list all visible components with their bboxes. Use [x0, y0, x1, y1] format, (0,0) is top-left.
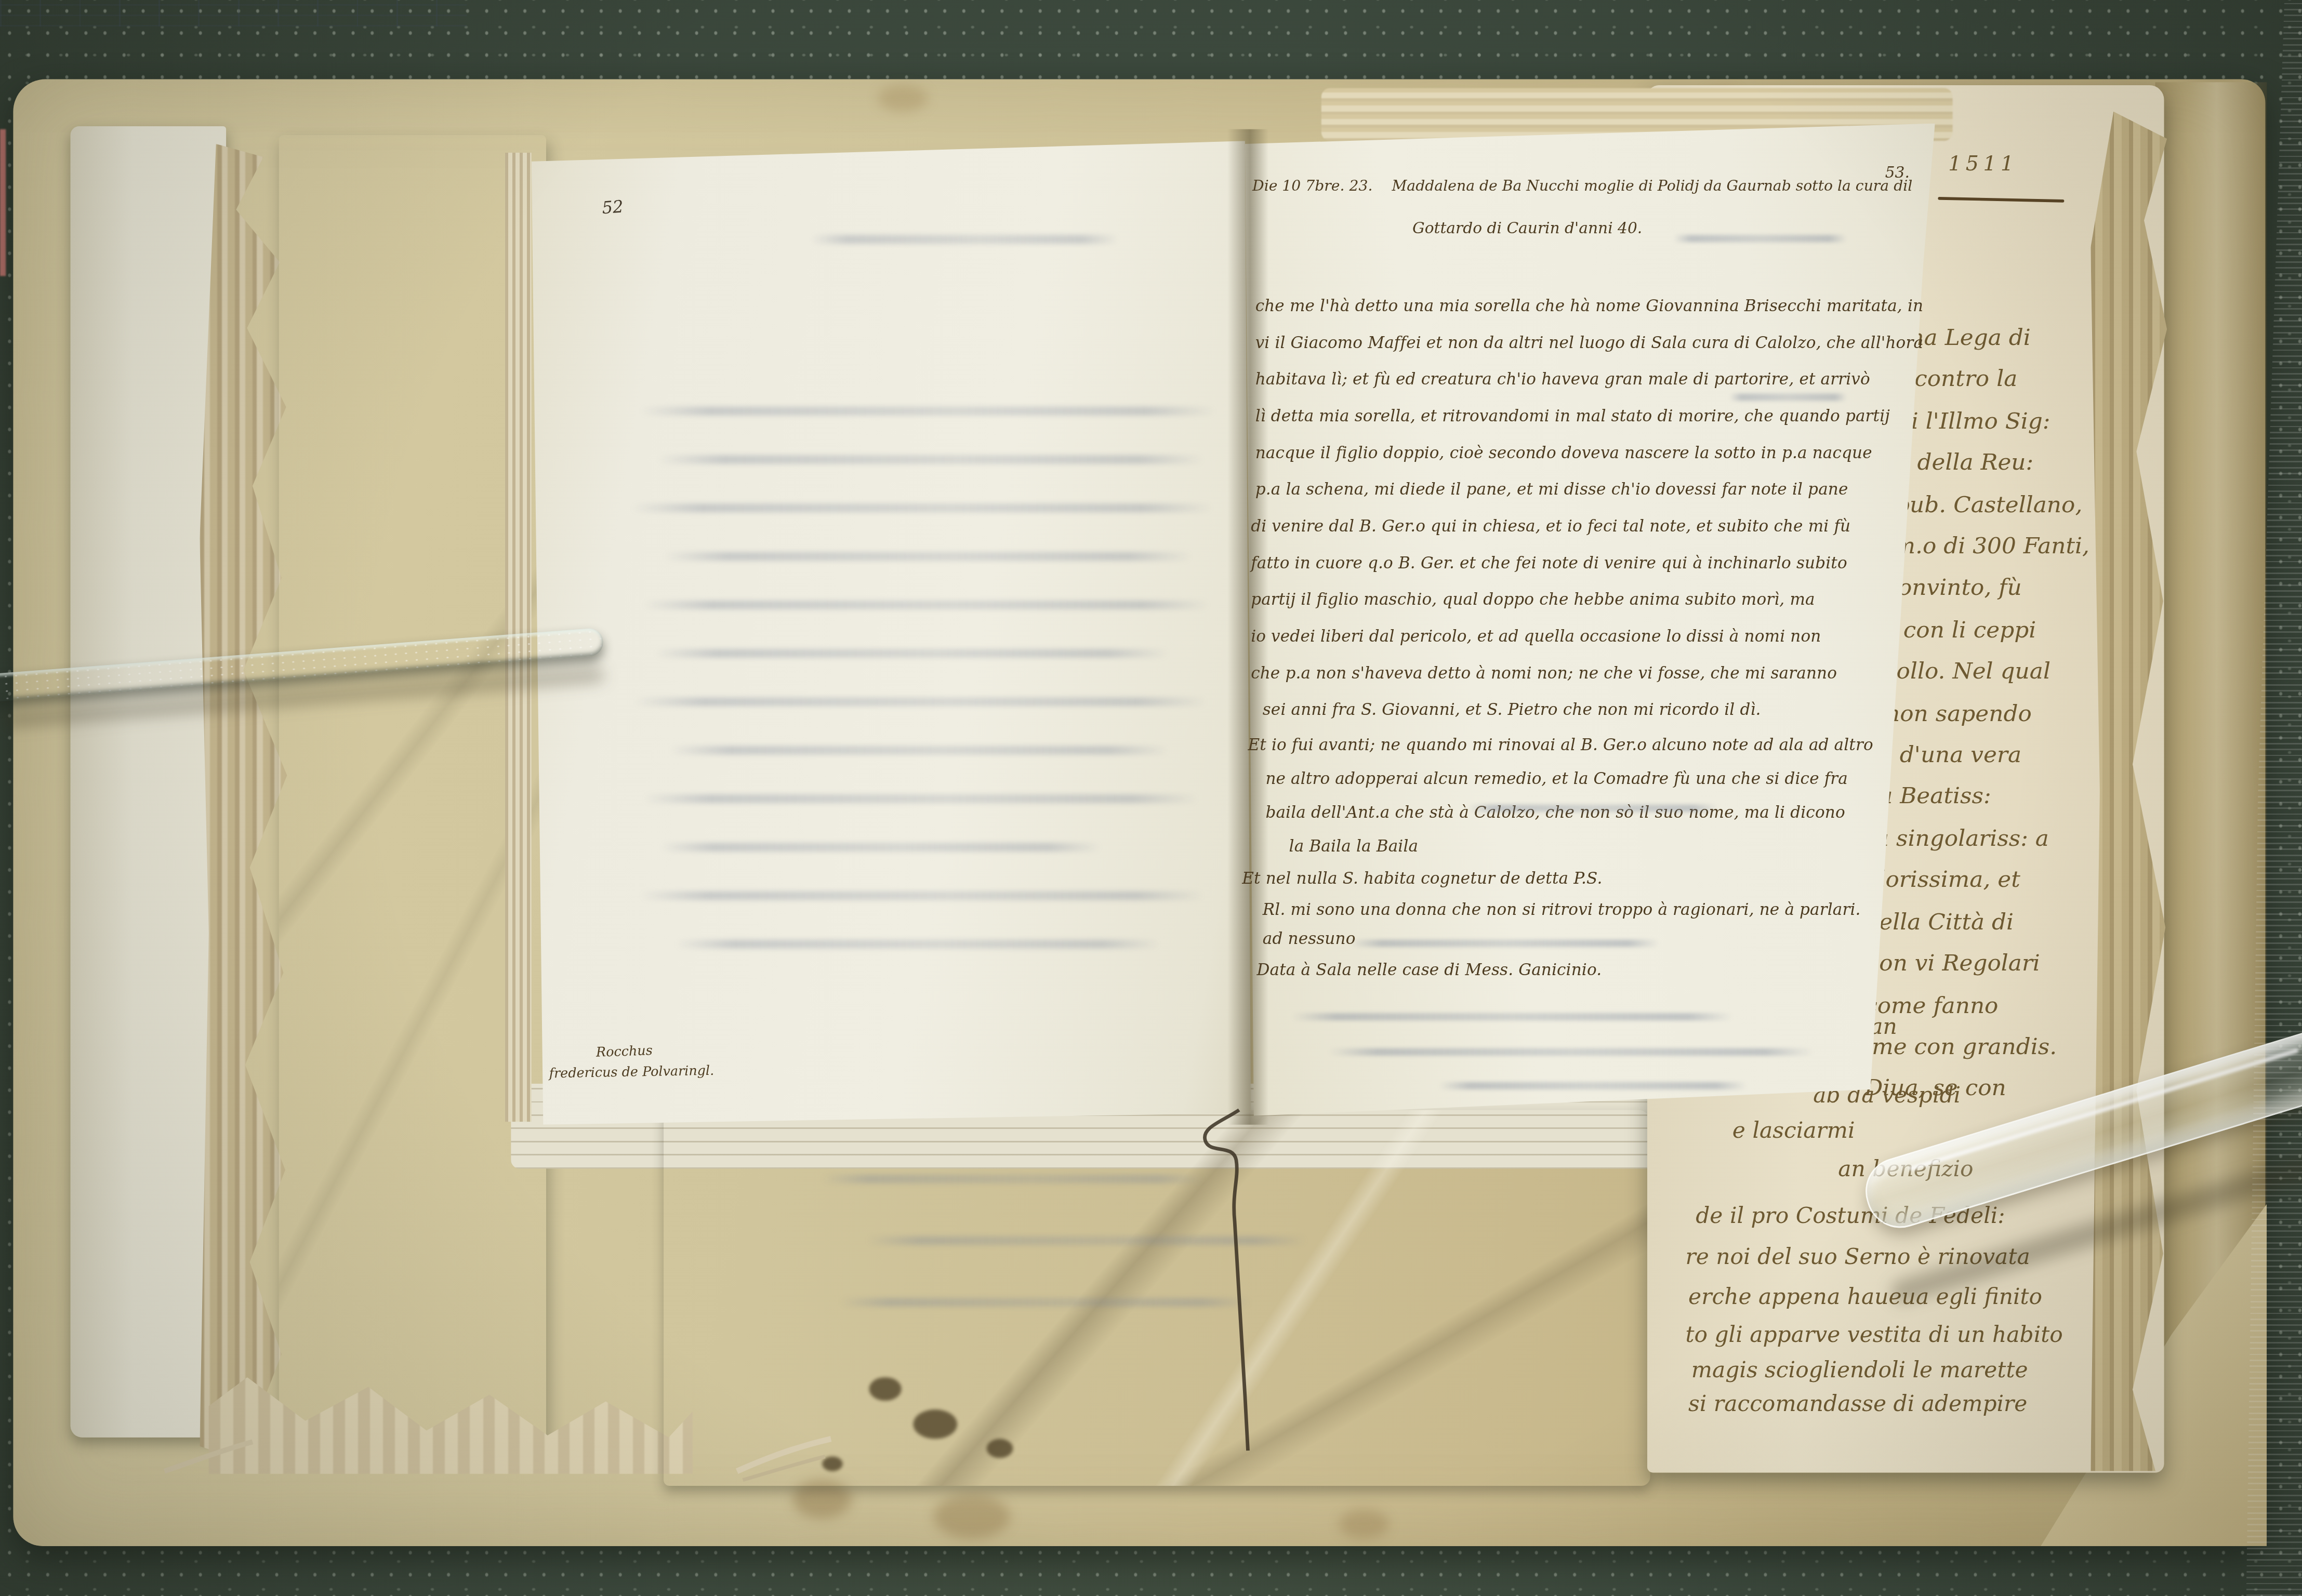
- page-53-paragraph-3: Et io fui avanti; ne quando mi rinovai a…: [1248, 728, 1873, 863]
- manuscript-line: sei anni fra S. Giovanni, et S. Pietro c…: [1263, 691, 1850, 728]
- manuscript-line: partij il figlio maschio, qual doppo che…: [1251, 581, 1850, 618]
- pink-edge-sliver: [0, 129, 6, 276]
- archival-photo-stage: 1511 issima Lega di ppa contro la dotti …: [0, 0, 2302, 1596]
- manuscript-line: o convinto, fù: [1864, 567, 2149, 609]
- showthrough-line: [664, 552, 1192, 561]
- manuscript-line: lì detta mia sorella, et ritrovandomi in…: [1255, 398, 1924, 435]
- showthrough-line: [631, 503, 1213, 512]
- showthrough-line: [1351, 940, 1659, 947]
- manuscript-line: e lasciarmi: [1732, 1118, 1855, 1144]
- manuscript-line: vi il Giacomo Maffei et non da altri nel…: [1255, 325, 1924, 362]
- manuscript-line: nella Città di: [1864, 901, 2149, 942]
- showthrough-line: [1674, 235, 1847, 242]
- manuscript-line: lla Beatiss:: [1864, 776, 2149, 818]
- manuscript-line: re, con li ceppi: [1864, 609, 2149, 650]
- manuscript-line: che me l'hà detto una mia sorella che hà…: [1255, 288, 1924, 325]
- manuscript-line: io vedei liberi dal pericolo, et ad quel…: [1251, 618, 1850, 655]
- header-date: Die 10 7bre. 23.: [1252, 179, 1373, 195]
- ink-blotch: [869, 1377, 902, 1401]
- signature-line: Rocchus: [596, 1044, 653, 1061]
- year-1511: 1511: [1948, 153, 2018, 176]
- header-line: Gottardo di Caurin d'anni 40.: [1412, 220, 1642, 238]
- table-edge-strip-top: [0, 0, 467, 26]
- manuscript-line: si raccomandasse di adempire: [1688, 1390, 2027, 1417]
- manuscript-line: olorissima, et: [1864, 859, 2149, 901]
- showthrough-line: [811, 235, 1119, 244]
- binding-thread: [1189, 1101, 1277, 1469]
- showthrough-line: [1468, 805, 1717, 812]
- twine-fragment: [158, 1427, 261, 1486]
- ink-blotch: [987, 1439, 1013, 1458]
- showthrough-line: [655, 649, 1169, 658]
- manuscript-line: nacque il figlio doppio, cioè secondo do…: [1255, 435, 1924, 472]
- manuscript-line: baila dell'Ant.a che stà à Calolzo, che …: [1265, 796, 1873, 830]
- showthrough-line: [643, 601, 1210, 609]
- showthrough-line: [1729, 393, 1847, 401]
- manuscript-line: ra singolariss: a: [1864, 818, 2149, 859]
- manuscript-line: la Baila la Baila: [1289, 830, 1873, 863]
- page-number-52: 52: [601, 196, 624, 218]
- page-53-paragraph-2: di venire dal B. Ger.o qui in chiesa, et…: [1251, 508, 1850, 728]
- twine-fragment: [728, 1421, 845, 1487]
- page-53-footer: Et nel nulla S. habita cognetur de detta…: [1242, 863, 1860, 987]
- showthrough-line: [1329, 1048, 1813, 1056]
- showthrough-line: [660, 843, 1101, 852]
- signature-line: fredericus de Polvaringl.: [549, 1065, 714, 1082]
- page-52: [525, 138, 1251, 1128]
- left-stack-leaf: [71, 126, 226, 1438]
- showthrough-line: [669, 746, 1169, 755]
- showthrough-line: [676, 940, 1160, 949]
- manuscript-line: Et nel nulla S. habita cognetur de detta…: [1242, 863, 1860, 896]
- manuscript-line: num.o di 300 Fanti,: [1864, 526, 2149, 567]
- manuscript-line: non vi Regolari: [1864, 943, 2149, 985]
- manuscript-line: fatto in cuore q.o B. Ger. et che fei no…: [1251, 544, 1850, 581]
- header-line: Maddalena de Ba Nucchi moglie di Polidj …: [1392, 179, 1912, 195]
- manuscript-line: Data à Sala nelle case di Mess. Ganicini…: [1256, 954, 1860, 987]
- manuscript-line: che p.a non s'haveva detto à nomi non; n…: [1251, 655, 1850, 691]
- manuscript-line: Rl. mi sono una donna che non si ritrovi…: [1263, 896, 1861, 925]
- manuscript-line: , e d'una vera: [1864, 734, 2149, 776]
- showthrough-line: [640, 407, 1216, 416]
- showthrough-line: [1439, 1082, 1747, 1089]
- manuscript-line: erche appena haueua egli finito: [1688, 1283, 2042, 1310]
- manuscript-line: ne altro adopperai alcun remedio, et la …: [1265, 762, 1873, 796]
- showthrough-line: [658, 455, 1204, 464]
- parchment-stain: [878, 85, 928, 112]
- manuscript-line: di venire dal B. Ger.o qui in chiesa, et…: [1251, 508, 1850, 545]
- parchment-stain: [934, 1495, 1010, 1539]
- showthrough-line: [643, 794, 1198, 803]
- ink-blotch: [913, 1409, 957, 1439]
- showthrough-line: [640, 891, 1204, 900]
- manuscript-line: habitava lì; et fù ed creatura ch'io hav…: [1255, 361, 1924, 398]
- showthrough-line: [1292, 1013, 1732, 1020]
- manuscript-line: e non sapendo: [1864, 693, 2149, 734]
- manuscript-line: magis sciogliendoli le marette: [1691, 1356, 2028, 1383]
- showthrough-line: [634, 697, 1207, 706]
- manuscript-line: to gli apparve vestita di un habito: [1685, 1321, 2062, 1348]
- parchment-stain: [1339, 1509, 1389, 1539]
- manuscript-line: p.a la schena, mi diede il pane, et mi d…: [1255, 471, 1924, 508]
- showthrough-line: [822, 1175, 1204, 1183]
- manuscript-line: Et io fui avanti; ne quando mi rinovai a…: [1248, 728, 1873, 762]
- manuscript-line: l Collo. Nel qual: [1864, 651, 2149, 693]
